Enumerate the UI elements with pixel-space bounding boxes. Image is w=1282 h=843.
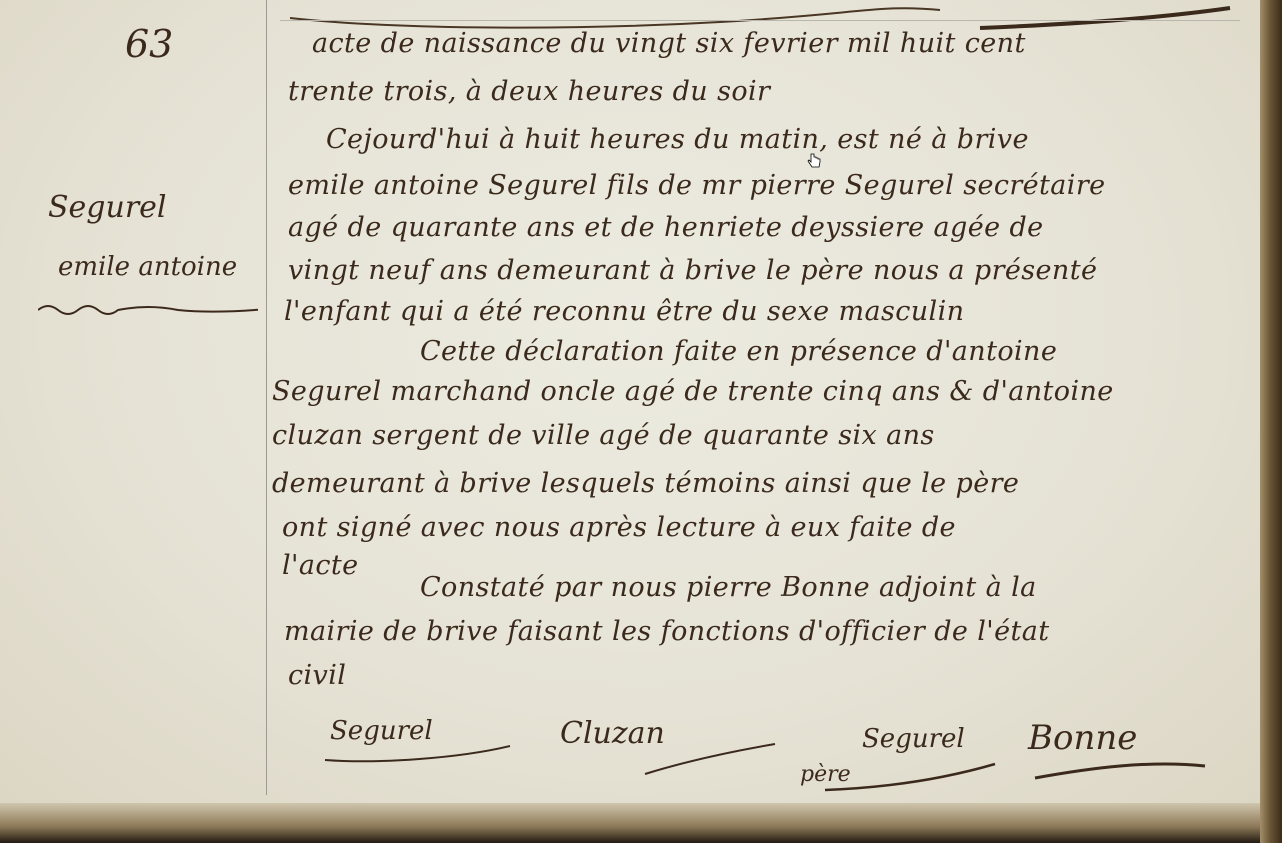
signature-flourish-decoration: [640, 740, 780, 780]
body-line-14: Constaté par nous pierre Bonne adjoint à…: [420, 572, 1037, 603]
signature-underline-decoration: [1030, 746, 1210, 786]
body-line-9: Segurel marchand oncle agé de trente cin…: [272, 376, 1114, 407]
margin-flourish-decoration: [38, 300, 258, 320]
body-line-10: cluzan sergent de ville agé de quarante …: [272, 420, 935, 451]
body-line-11: demeurant à brive lesquels témoins ainsi…: [272, 468, 1019, 499]
margin-given-names: emile antoine: [58, 252, 237, 282]
signature-underline-decoration: [820, 760, 1000, 800]
body-line-8: Cette déclaration faite en présence d'an…: [420, 336, 1057, 367]
entry-number: 63: [125, 22, 173, 66]
body-line-15: mairie de brive faisant les fonctions d'…: [284, 616, 1050, 647]
book-page-edges: [0, 803, 1260, 843]
signature-segurel-father: Segurel: [862, 724, 965, 754]
register-page: 63 Segurel emile antoine acte de naissan…: [0, 0, 1268, 810]
body-line-16: civil: [288, 660, 346, 691]
margin-ruled-line: [266, 0, 267, 795]
body-line-6: vingt neuf ans demeurant à brive le père…: [288, 255, 1097, 286]
hand-cursor-icon: [806, 152, 822, 170]
body-line-12: ont signé avec nous après lecture à eux …: [282, 512, 956, 543]
book-binding-edge: [1260, 0, 1282, 843]
signature-underline-decoration: [320, 740, 520, 770]
top-ruled-line: [280, 20, 1240, 21]
body-line-5: agé de quarante ans et de henriete deyss…: [288, 212, 1044, 243]
body-line-7: l'enfant qui a été reconnu être du sexe …: [284, 296, 964, 327]
body-line-4: emile antoine Segurel fils de mr pierre …: [288, 170, 1106, 201]
body-line-13: l'acte: [282, 550, 359, 581]
body-line-2: trente trois, à deux heures du soir: [288, 76, 770, 107]
body-line-1: acte de naissance du vingt six fevrier m…: [312, 28, 1026, 59]
body-line-3: Cejourd'hui à huit heures du matin, est …: [326, 124, 1029, 155]
margin-surname: Segurel: [48, 190, 167, 225]
